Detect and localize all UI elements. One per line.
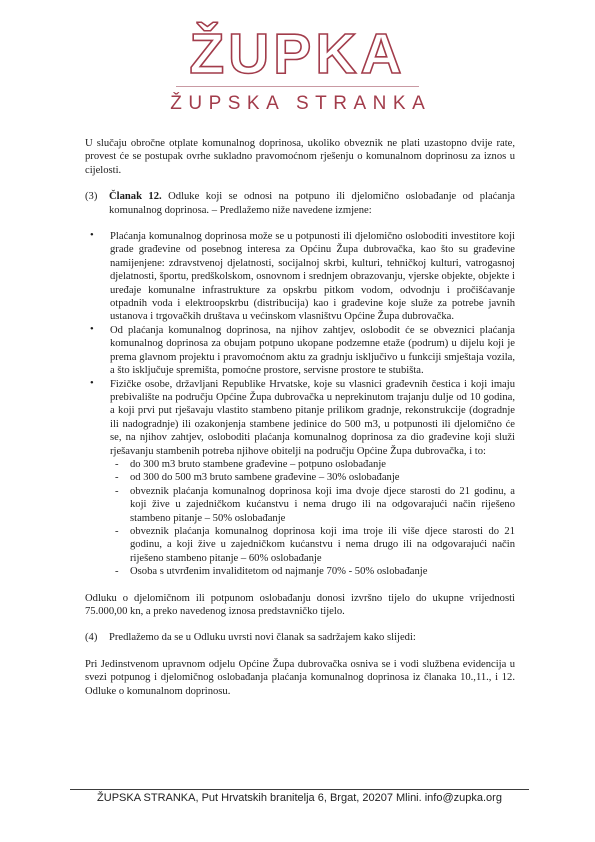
dash-item-300-500m3: -od 300 do 500 m3 bruto sambene građevin… [85, 471, 515, 484]
dash-marker: - [115, 471, 119, 484]
document-page: ŽUPKA ŽUPSKA STRANKA U slučaju obročne o… [0, 0, 595, 842]
bullet-text: Plaćanja komunalnog doprinosa može se u … [110, 231, 515, 322]
dash-marker: - [115, 458, 119, 471]
dash-text: obveznik plaćanja komunalnog doprinosa k… [130, 486, 515, 524]
bullet-item-physical-persons: •Fizičke osobe, državljani Republike Hrv… [85, 378, 515, 458]
logo-divider-rule [176, 86, 419, 87]
party-logo-subtitle: ŽUPSKA STRANKA [0, 93, 595, 115]
dash-item-disability: -Osoba s utvrđenim invaliditetom od najm… [85, 565, 515, 578]
dash-marker: - [115, 565, 119, 578]
footer-contact-text: ŽUPSKA STRANKA, Put Hrvatskih branitelja… [97, 792, 502, 804]
bullet-marker: • [90, 229, 94, 242]
dash-text: do 300 m3 bruto stambene građevine – pot… [130, 459, 386, 470]
registry-paragraph: Pri Jedinstvenom upravnom odjelu Općine … [85, 658, 515, 698]
bullet-text: Fizičke osobe, državljani Republike Hrva… [110, 379, 515, 457]
dash-text: Osoba s utvrđenim invaliditetom od najma… [130, 566, 427, 577]
dash-item-three-children: -obveznik plaćanja komunalnog doprinosa … [85, 525, 515, 565]
item-3-bold-lead: Članak 12. [109, 191, 162, 202]
item-4-number: (4) [85, 631, 97, 644]
numbered-item-3: (3)Članak 12. Odluke koji se odnosi na p… [85, 190, 515, 217]
party-logo-wordmark: ŽUPKA [189, 24, 405, 84]
item-3-number: (3) [85, 190, 97, 203]
document-body: U slučaju obročne otplate komunalnog dop… [85, 137, 515, 711]
dash-marker: - [115, 485, 119, 498]
dash-text: obveznik plaćanja komunalnog doprinosa k… [130, 526, 515, 564]
bullet-item-investors: •Plaćanja komunalnog doprinosa može se u… [85, 230, 515, 324]
bullet-item-underground-floors: •Od plaćanja komunalnog doprinosa, na nj… [85, 324, 515, 378]
dash-item-two-children: -obveznik plaćanja komunalnog doprinosa … [85, 485, 515, 525]
item-4-text: Predlažemo da se u Odluku uvrsti novi čl… [109, 632, 416, 643]
intro-paragraph: U slučaju obročne otplate komunalnog dop… [85, 137, 515, 177]
numbered-item-4: (4)Predlažemo da se u Odluku uvrsti novi… [85, 631, 515, 644]
bullet-text: Od plaćanja komunalnog doprinosa, na nji… [110, 325, 515, 376]
dash-text: od 300 do 500 m3 bruto sambene građevine… [130, 472, 400, 483]
decision-threshold-paragraph: Odluku o djelomičnom ili potpunom osloba… [85, 592, 515, 619]
item-3-text: Odluke koji se odnosi na potpuno ili dje… [109, 191, 515, 215]
bullet-marker: • [90, 377, 94, 390]
dash-marker: - [115, 525, 119, 538]
dash-item-300m3: -do 300 m3 bruto stambene građevine – po… [85, 458, 515, 471]
page-footer: ŽUPSKA STRANKA, Put Hrvatskih branitelja… [70, 789, 529, 804]
bullet-marker: • [90, 323, 94, 336]
letterhead: ŽUPKA ŽUPSKA STRANKA [0, 0, 595, 115]
